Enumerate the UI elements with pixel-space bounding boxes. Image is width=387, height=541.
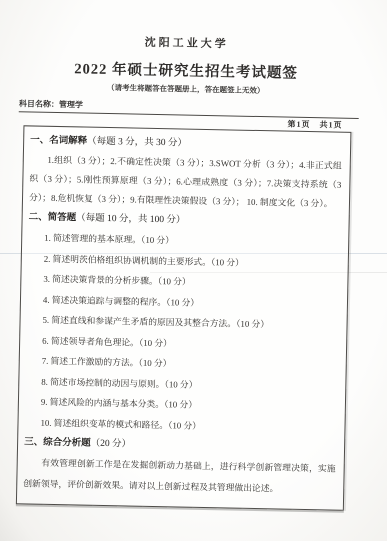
section-1-title: 一、名词解释 xyxy=(30,135,87,146)
section-2-title: 二、简答题 xyxy=(29,212,77,223)
university-name: 沈阳工业大学 xyxy=(0,31,374,55)
section-3-points: （20 分） xyxy=(91,439,132,450)
section-2-points: （每题 10 分，共 100 分） xyxy=(76,213,185,225)
section-3-title: 三、综合分析题 xyxy=(24,437,91,448)
section-3-essay-prompt: 有效管理创新工作是在发掘创新动力基础上，进行科学创新管理决策，实施创新领导，评价… xyxy=(23,452,336,500)
section-1-points: （每题 3 分，共 30 分） xyxy=(87,137,187,149)
section-1-terms: 1.组织（3 分）；2.不确定性决策（3 分）；3.SWOT 分析（3 分）；4… xyxy=(29,150,342,213)
exam-document: 沈阳工业大学 2022 年硕士研究生招生考试题签 （请考生将题答在答题册上，答在… xyxy=(0,0,375,511)
scanned-exam-page: 沈阳工业大学 2022 年硕士研究生招生考试题签 （请考生将题答在答题册上，答在… xyxy=(0,0,387,541)
exam-content-box: 一、名词解释（每题 3 分，共 30 分） 1.组织（3 分）；2.不确定性决策… xyxy=(16,125,352,511)
